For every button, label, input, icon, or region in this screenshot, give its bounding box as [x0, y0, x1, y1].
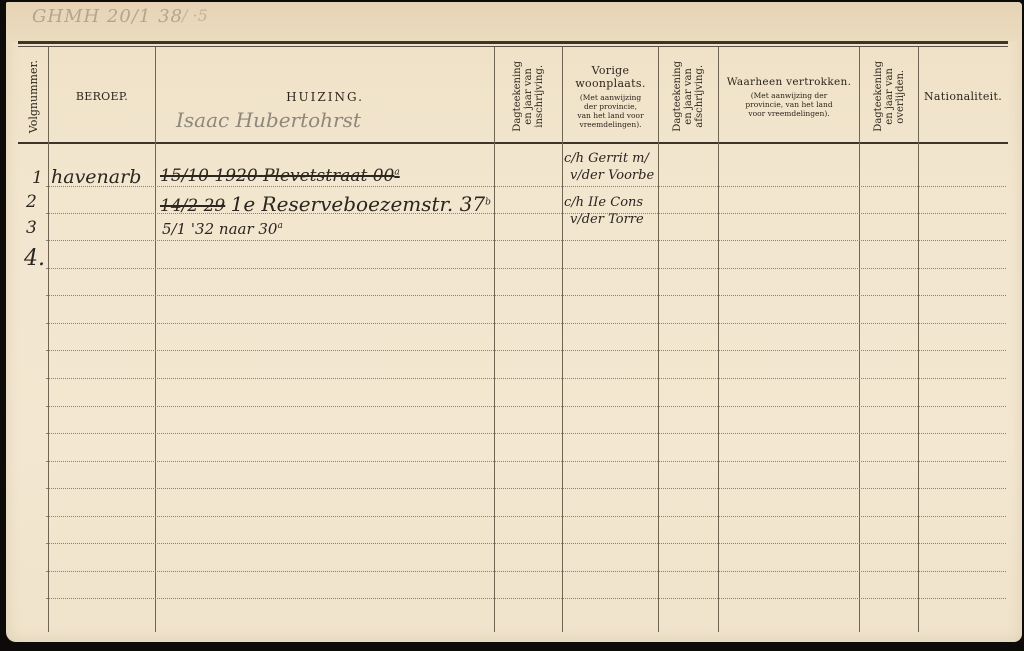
header-dag-overlijden: Dagteekening en jaar van overlijden.: [860, 50, 918, 143]
header-top-rule: [18, 41, 1008, 44]
row-line: [46, 433, 1006, 434]
vorige-woonplaats-entry-1: c/h Gerrit m/ v/der Voorbe: [564, 150, 654, 184]
row-line: [46, 268, 1006, 269]
row-number: 1: [32, 168, 43, 188]
header-dag-inschrijving: Dagteekening en jaar van inschrijving.: [495, 50, 562, 143]
row-number: 4.: [24, 246, 45, 271]
huizing-entry-1: 15/10 1920 Plevetstraat 00a: [160, 166, 400, 186]
huizing-entry-3: 5/1 '32 naar 30a: [162, 220, 283, 238]
row-number: 2: [26, 192, 37, 212]
header-beroep: BEROEP.: [49, 50, 155, 143]
pencil-mark: / ·5: [182, 6, 208, 25]
row-line: [46, 295, 1006, 296]
header-dag-afschrijving: Dagteekening en jaar van afschrijving.: [659, 50, 718, 143]
header-waarheen: Waarheen vertrokken. (Met aanwijzing der…: [719, 50, 859, 143]
archive-mark: GHMH 20/1 38: [32, 6, 183, 27]
row-line: [46, 543, 1006, 544]
registration-card: GHMH 20/1 38 / ·5 Volgnummer. BEROEP. HU…: [6, 2, 1022, 642]
row-line: [46, 516, 1006, 517]
header-nationaliteit: Nationaliteit.: [919, 50, 1007, 143]
beroep-entry: havenarb: [51, 166, 141, 188]
row-line: [46, 571, 1006, 572]
header-volgnummer: Volgnummer.: [18, 50, 48, 143]
header-vorige-woonplaats: Vorige woonplaats. (Met aanwijzing der p…: [563, 50, 658, 143]
row-line: [46, 488, 1006, 489]
row-line: [46, 323, 1006, 324]
row-line: [46, 240, 1006, 241]
row-number: 3: [26, 218, 37, 238]
row-line: [46, 350, 1006, 351]
handwritten-name: Isaac Hubertohrst: [176, 108, 361, 132]
row-line: [46, 461, 1006, 462]
huizing-entry-2: 14/2 29 1e Reserveboezemstr. 37b: [160, 192, 491, 216]
vorige-woonplaats-entry-2: c/h IIe Cons v/der Torre: [564, 194, 644, 228]
row-line: [46, 406, 1006, 407]
row-line: [46, 598, 1006, 599]
row-line: [46, 186, 1006, 187]
row-line: [46, 378, 1006, 379]
